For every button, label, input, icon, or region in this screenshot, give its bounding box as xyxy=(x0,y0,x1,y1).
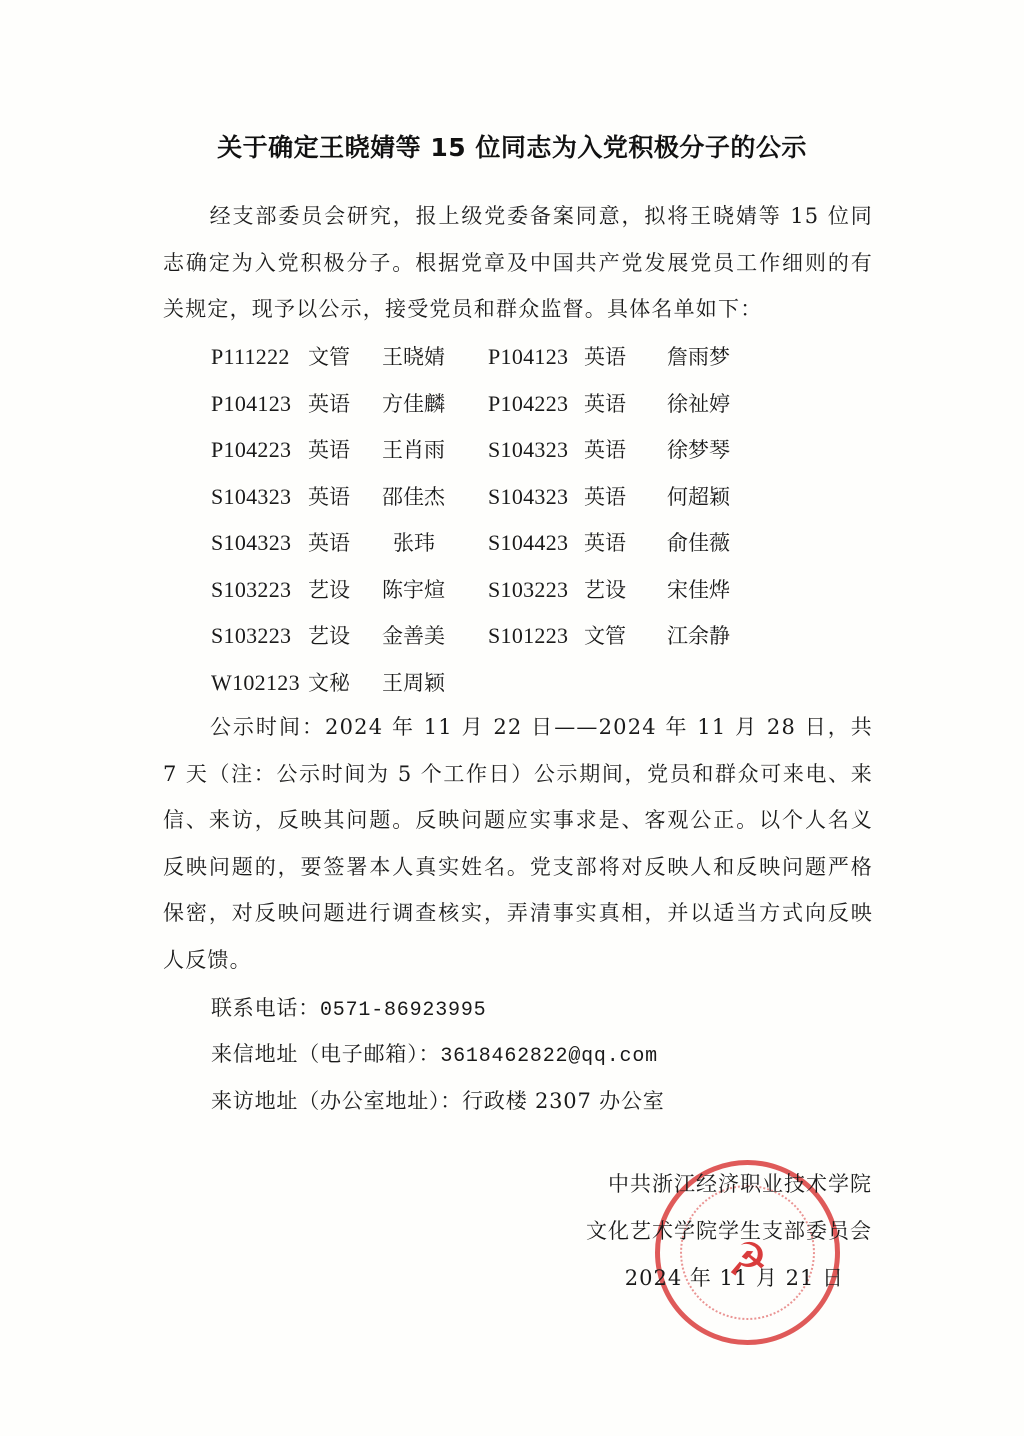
intro-paragraph: 经支部委员会研究，报上级党委备案同意，拟将王晓婧等 15 位同志确定为入党积极分… xyxy=(163,193,873,333)
notice-paragraph: 公示时间：2024 年 11 月 22 日——2024 年 11 月 28 日，… xyxy=(163,704,873,983)
class-code: P104123 xyxy=(211,381,291,428)
class-code: P104223 xyxy=(211,427,291,474)
candidate-name: 方佳麟 xyxy=(382,381,445,428)
candidate-name: 徐梦琴 xyxy=(667,427,730,474)
class-code: S101223 xyxy=(488,613,568,660)
major: 文秘 xyxy=(308,660,350,707)
candidate-name: 江余静 xyxy=(667,613,730,660)
class-code: P104123 xyxy=(488,334,568,381)
class-code: S103223 xyxy=(211,567,291,614)
class-code: P111222 xyxy=(211,334,290,381)
class-code: S104323 xyxy=(211,520,291,567)
major: 英语 xyxy=(308,474,350,521)
candidate-name: 张玮 xyxy=(393,520,435,567)
candidate-name: 詹雨梦 xyxy=(667,334,730,381)
intro-text: 经支部委员会研究，报上级党委备案同意，拟将王晓婧等 15 位同志确定为入党积极分… xyxy=(163,204,873,321)
class-code: S104323 xyxy=(488,427,568,474)
major: 文管 xyxy=(308,334,350,381)
candidate-row: W102123 文秘 王周颖 xyxy=(211,660,771,707)
candidate-name: 陈宇煊 xyxy=(382,567,445,614)
email-address: 3618462822@qq.com xyxy=(440,1045,658,1068)
visit-address: 行政楼 2307 办公室 xyxy=(462,1089,664,1113)
signature-org-line1: 中共浙江经济职业技术学院 xyxy=(608,1168,872,1198)
signature-date: 2024 年 11 月 21 日 xyxy=(625,1262,844,1292)
major: 英语 xyxy=(584,520,626,567)
candidate-name: 何超颖 xyxy=(667,474,730,521)
visit-label: 来访地址（办公室地址）： xyxy=(211,1089,462,1113)
candidate-name: 王周颖 xyxy=(382,660,445,707)
candidate-name: 金善美 xyxy=(382,613,445,660)
class-code: S104323 xyxy=(211,474,291,521)
notice-text: 公示时间：2024 年 11 月 22 日——2024 年 11 月 28 日，… xyxy=(163,715,873,972)
major: 艺设 xyxy=(308,613,350,660)
phone-label: 联系电话： xyxy=(211,996,320,1020)
candidate-name: 邵佳杰 xyxy=(382,474,445,521)
class-code: W102123 xyxy=(211,660,300,707)
candidate-row: P111222 文管 王晓婧 P104123 英语 詹雨梦 xyxy=(211,334,771,381)
contact-email: 来信地址（电子邮箱）：3618462822@qq.com xyxy=(211,1031,658,1080)
candidate-name: 王晓婧 xyxy=(382,334,445,381)
major: 英语 xyxy=(308,381,350,428)
major: 英语 xyxy=(584,381,626,428)
major: 英语 xyxy=(584,474,626,521)
class-code: S103223 xyxy=(211,613,291,660)
candidate-row: P104123 英语 方佳麟 P104223 英语 徐祉婷 xyxy=(211,381,771,428)
candidate-name: 徐祉婷 xyxy=(667,381,730,428)
candidate-name: 王肖雨 xyxy=(382,427,445,474)
candidate-name: 俞佳薇 xyxy=(667,520,730,567)
class-code: S104323 xyxy=(488,474,568,521)
candidate-row: S103223 艺设 金善美 S101223 文管 江余静 xyxy=(211,613,771,660)
document-title: 关于确定王晓婧等 15 位同志为入党积极分子的公示 xyxy=(0,128,1024,164)
major: 艺设 xyxy=(584,567,626,614)
class-code: S103223 xyxy=(488,567,568,614)
phone-number: 0571-86923995 xyxy=(320,999,486,1022)
candidate-row: S103223 艺设 陈宇煊 S103223 艺设 宋佳烨 xyxy=(211,567,771,614)
major: 英语 xyxy=(308,427,350,474)
class-code: P104223 xyxy=(488,381,568,428)
candidate-name: 宋佳烨 xyxy=(667,567,730,614)
major: 英语 xyxy=(584,427,626,474)
class-code: S104423 xyxy=(488,520,568,567)
candidate-list: P111222 文管 王晓婧 P104123 英语 詹雨梦 P104123 英语… xyxy=(211,334,771,706)
major: 文管 xyxy=(584,613,626,660)
major: 艺设 xyxy=(308,567,350,614)
candidate-row: S104323 英语 张玮 S104423 英语 俞佳薇 xyxy=(211,520,771,567)
contact-phone: 联系电话：0571-86923995 xyxy=(211,985,486,1034)
contact-visit: 来访地址（办公室地址）：行政楼 2307 办公室 xyxy=(211,1078,665,1124)
major: 英语 xyxy=(308,520,350,567)
signature-org-line2: 文化艺术学院学生支部委员会 xyxy=(586,1215,872,1245)
major: 英语 xyxy=(584,334,626,381)
candidate-row: P104223 英语 王肖雨 S104323 英语 徐梦琴 xyxy=(211,427,771,474)
candidate-row: S104323 英语 邵佳杰 S104323 英语 何超颖 xyxy=(211,474,771,521)
notice-page: 关于确定王晓婧等 15 位同志为入党积极分子的公示 经支部委员会研究，报上级党委… xyxy=(0,0,1024,1436)
email-label: 来信地址（电子邮箱）： xyxy=(211,1042,440,1066)
